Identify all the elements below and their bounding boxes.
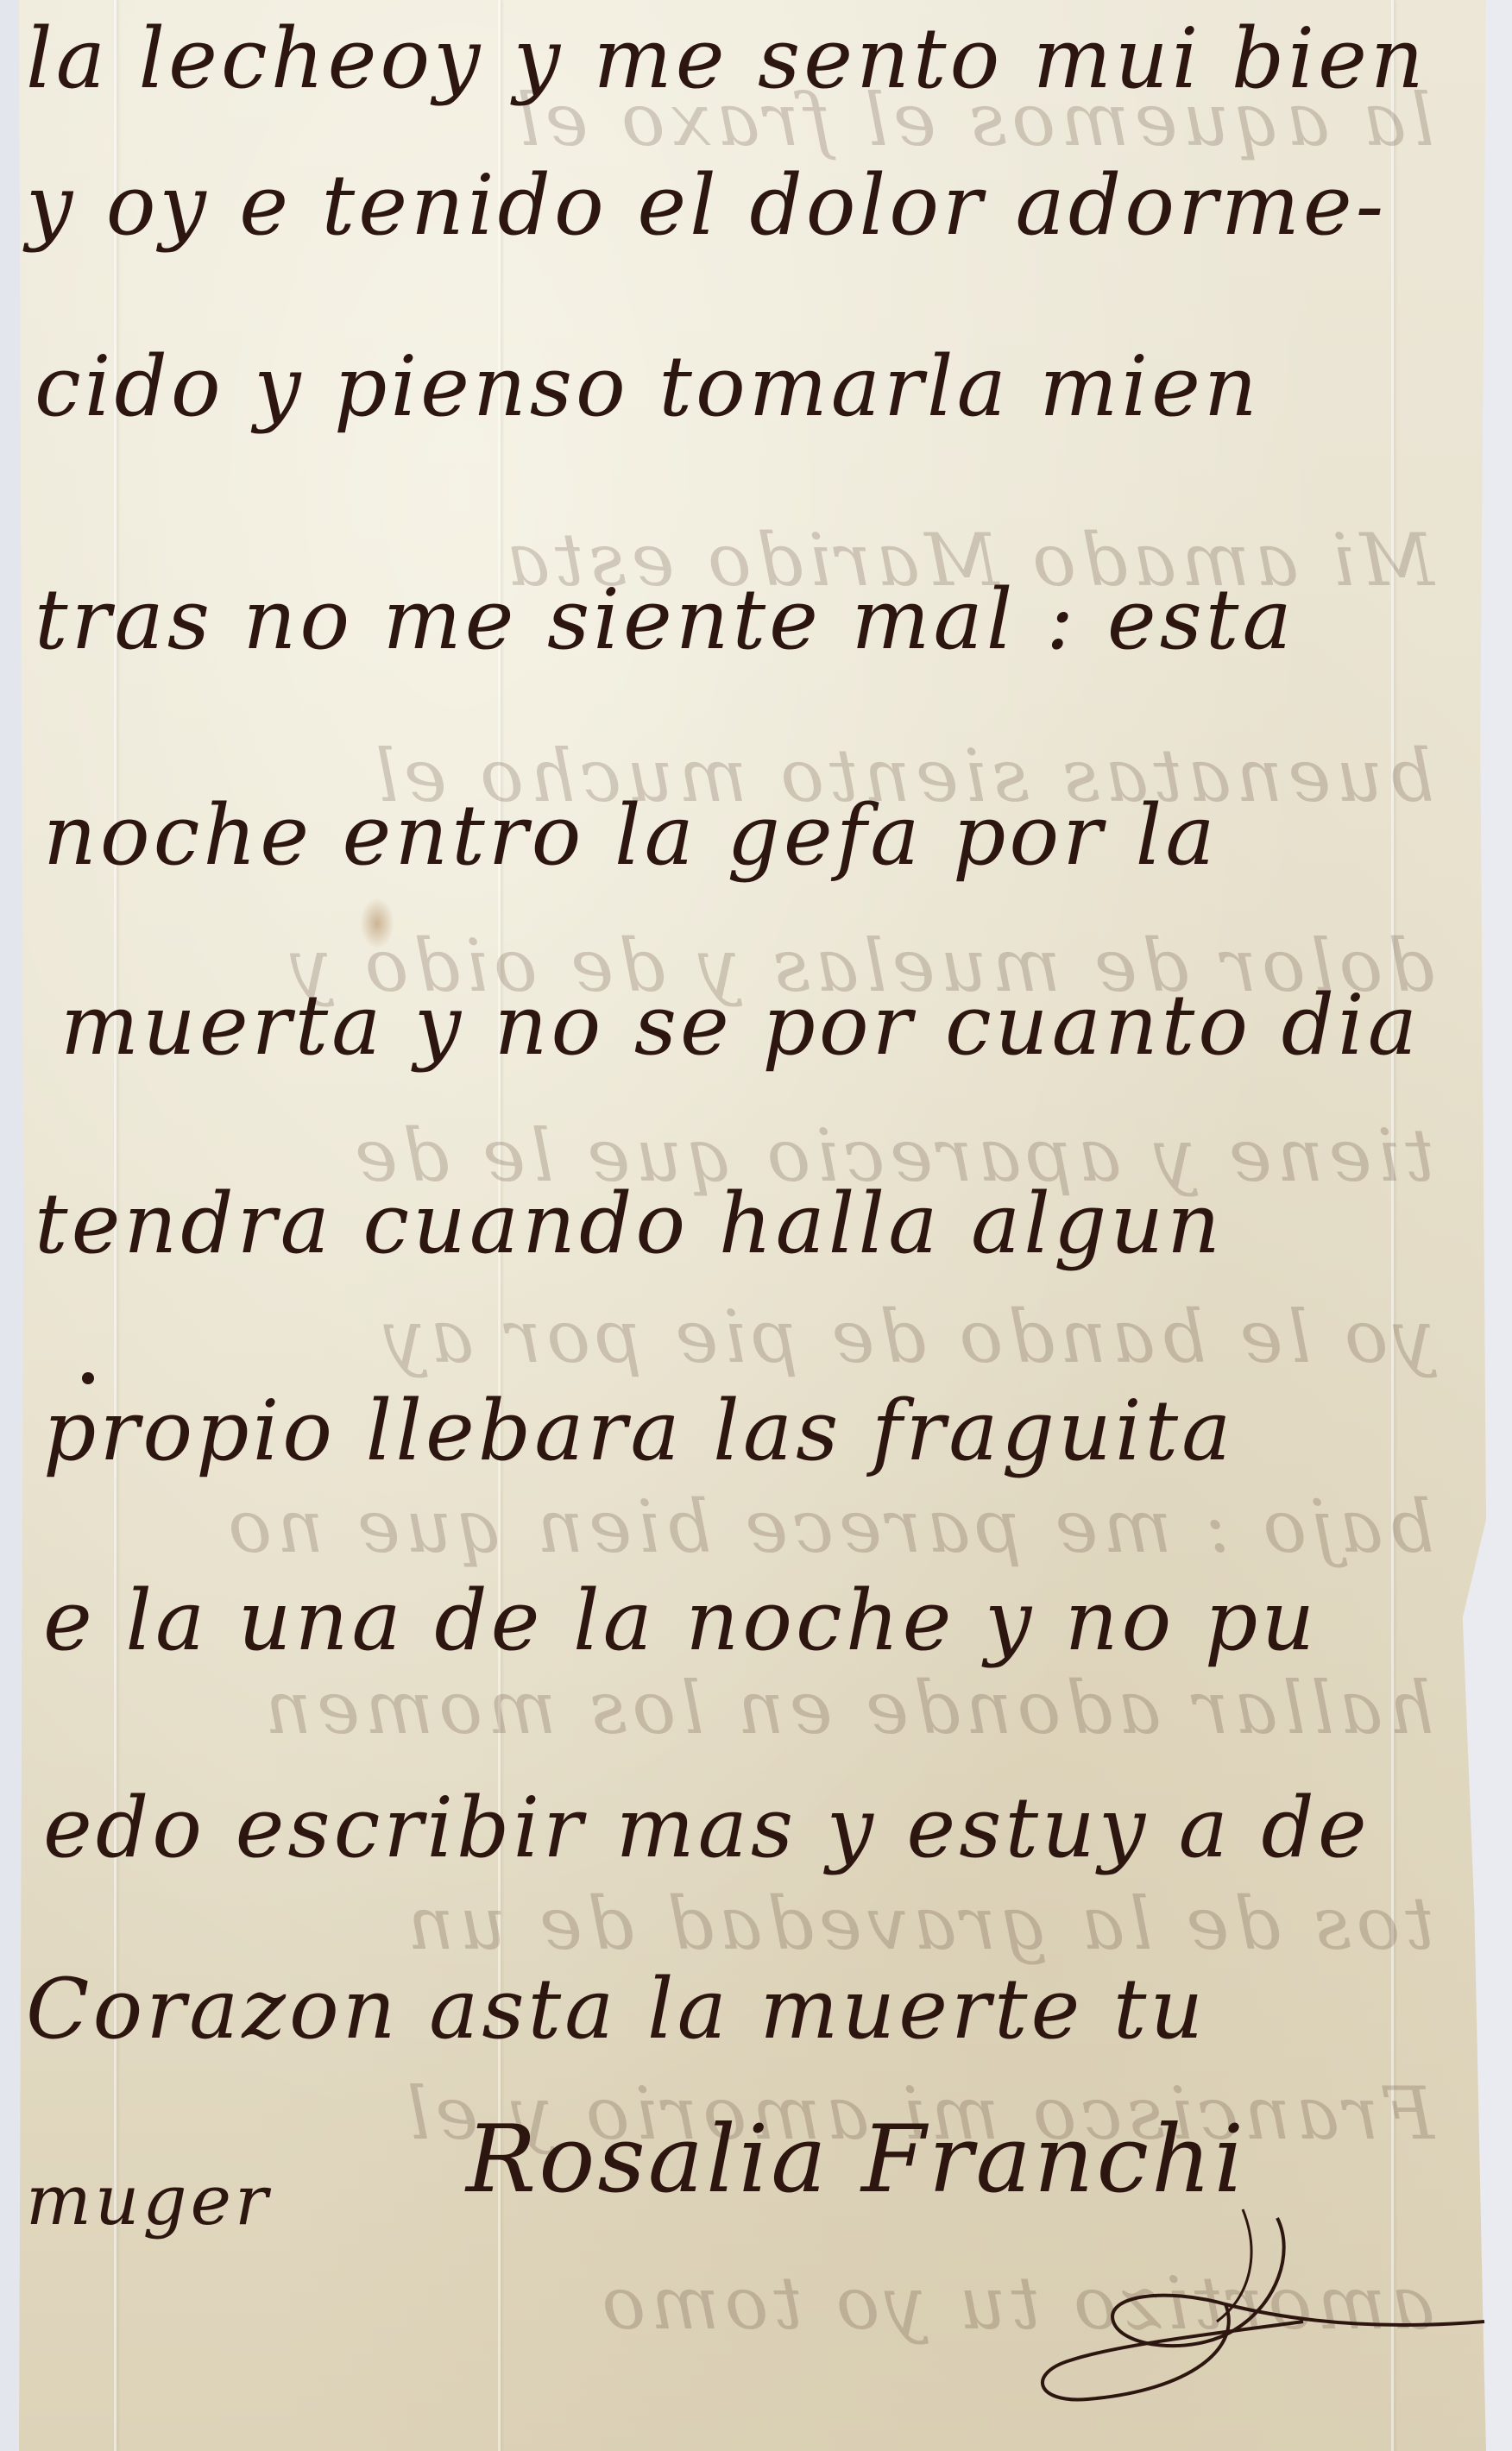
letter-closing: muger bbox=[26, 2166, 271, 2235]
letter-line: la lecheoy y me sento mui bien bbox=[26, 17, 1427, 100]
letter-line: edo escribir mas y estuy a de bbox=[43, 1786, 1370, 1869]
signature: Rosalia Franchi bbox=[466, 2106, 1246, 2214]
letter-line: propio llebara las fraguita bbox=[43, 1389, 1234, 1472]
letter-line: noche entro la gefa por la bbox=[43, 794, 1219, 877]
letter-line: e la una de la noche y no pu bbox=[43, 1579, 1318, 1662]
letter-line: Corazon asta la muerte tu bbox=[26, 1968, 1206, 2051]
letter-line: muerta y no se por cuanto dia bbox=[60, 984, 1421, 1067]
letter-line: tras no me siente mal : esta bbox=[35, 578, 1295, 661]
letter-line: cido y pienso tomarla mien bbox=[35, 345, 1261, 428]
letter-line: tendra cuando halla algun bbox=[35, 1182, 1224, 1265]
signature-rubric-icon bbox=[1018, 2201, 1502, 2425]
paper-fold bbox=[1391, 0, 1394, 2451]
letter-line: y oy e tenido el dolor adorme- bbox=[26, 164, 1387, 247]
ink-dot bbox=[82, 1372, 94, 1384]
ink-stain bbox=[360, 898, 394, 949]
